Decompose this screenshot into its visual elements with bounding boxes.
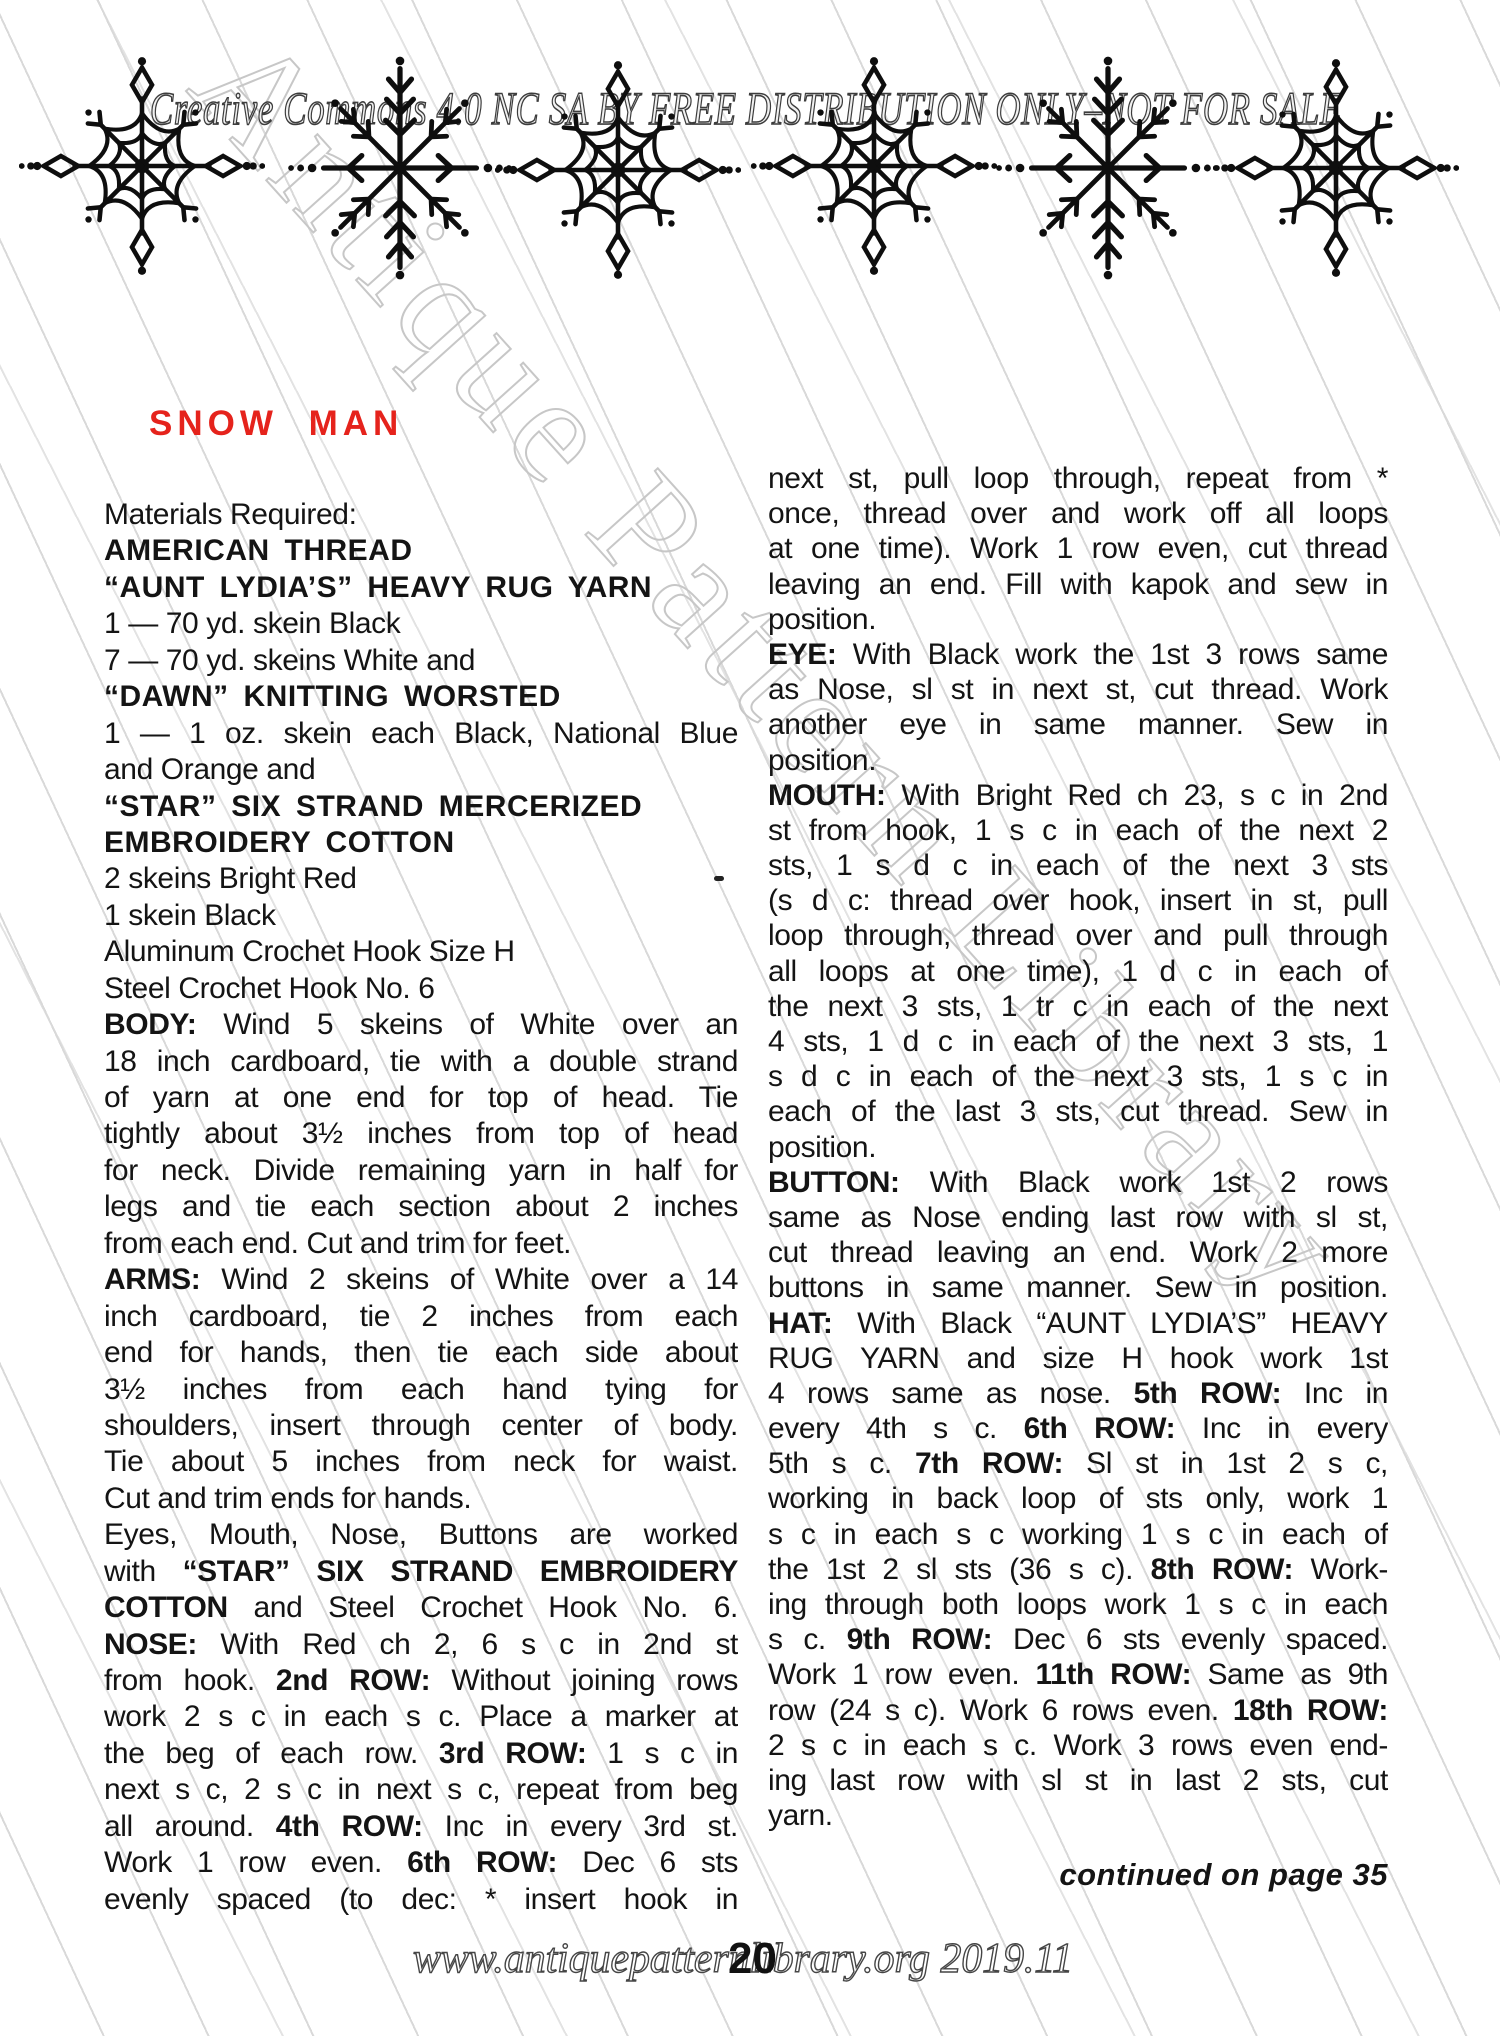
text-line: EMBROIDERY COTTON [104,825,738,861]
snowflake-web-icon [19,43,265,289]
text-line: Cut and trim ends for hands. [104,1481,738,1517]
text-line: next s c, 2 s c in next s c, repeat from… [104,1772,738,1808]
text-line: loop through, thread over and pull throu… [768,918,1388,953]
text-line: s d c in each of the next 3 sts, 1 s c i… [768,1059,1388,1094]
scanned-pattern-page: Antique Pattern Library Creative Commons… [0,0,1500,2036]
text-line: NOSE: With Red ch 2, 6 s c in 2nd st [104,1627,738,1663]
text-line: of yarn at one end for top of head. Tie [104,1080,738,1116]
text-line: once, thread over and work off all loops [768,496,1388,531]
text-line: Aluminum Crochet Hook Size H [104,934,738,970]
text-line: cut thread leaving an end. Work 2 more [768,1235,1388,1270]
text-line: (s d c: thread over hook, insert in st, … [768,883,1388,918]
print-artifact-dot [714,876,724,881]
text-line: 3½ inches from each hand tying for [104,1372,738,1408]
text-line: RUG YARN and size H hook work 1st [768,1341,1388,1376]
text-line: evenly spaced (to dec: * insert hook in [104,1882,738,1918]
text-line: work 2 s c in each s c. Place a marker a… [104,1699,738,1735]
text-line: “DAWN” KNITTING WORSTED [104,679,738,715]
text-line: the 1st 2 sl sts (36 s c). 8th ROW: Work… [768,1552,1388,1587]
snowflake-web-icon [495,47,741,293]
text-line: 2 s c in each s c. Work 3 rows even end- [768,1728,1388,1763]
text-line: buttons in same manner. Sew in position. [768,1270,1388,1305]
text-line: working in back loop of sts only, work 1 [768,1481,1388,1516]
text-line: st from hook, 1 s c in each of the next … [768,813,1388,848]
text-line: leaving an end. Fill with kapok and sew … [768,567,1388,602]
snowflake-web-icon [751,43,997,289]
text-line: MOUTH: With Bright Red ch 23, s c in 2nd [768,778,1388,813]
text-line: every 4th s c. 6th ROW: Inc in every [768,1411,1388,1446]
text-line: shoulders, insert through center of body… [104,1408,738,1444]
text-line: each of the last 3 sts, cut thread. Sew … [768,1094,1388,1129]
text-line: all loops at one time), 1 d c in each of [768,954,1388,989]
text-line: Materials Required: [104,497,738,533]
text-line: the next 3 sts, 1 tr c in each of the ne… [768,989,1388,1024]
right-text-column: next st, pull loop through, repeat from … [768,461,1388,1833]
text-line: tightly about 3½ inches from top of head [104,1116,738,1152]
text-line: AMERICAN THREAD [104,533,738,569]
text-line: HAT: With Black “AUNT LYDIA’S” HEAVY [768,1306,1388,1341]
text-line: BUTTON: With Black work 1st 2 rows [768,1165,1388,1200]
page-number: 20 [728,1934,777,1984]
text-line: BODY: Wind 5 skeins of White over an [104,1007,738,1043]
text-line: next st, pull loop through, repeat from … [768,461,1388,496]
text-line: ing last row with sl st in last 2 sts, c… [768,1763,1388,1798]
text-line: from hook. 2nd ROW: Without joining rows [104,1663,738,1699]
snowflake-web-icon [1213,45,1459,291]
text-line: legs and tie each section about 2 inches [104,1189,738,1225]
text-line: row (24 s c). Work 6 rows even. 18th ROW… [768,1693,1388,1728]
text-line: sts, 1 s d c in each of the next 3 sts [768,848,1388,883]
text-line: s c. 9th ROW: Dec 6 sts evenly spaced. [768,1622,1388,1657]
text-line: Work 1 row even. 11th ROW: Same as 9th [768,1657,1388,1692]
text-line: Tie about 5 inches from neck for waist. [104,1444,738,1480]
text-line: 4 sts, 1 d c in each of the next 3 sts, … [768,1024,1388,1059]
text-line: with “STAR” SIX STRAND EMBROIDERY [104,1554,738,1590]
text-line: Steel Crochet Hook No. 6 [104,971,738,1007]
text-line: EYE: With Black work the 1st 3 rows same [768,637,1388,672]
text-line: s c in each s c working 1 s c in each of [768,1517,1388,1552]
text-line: 5th s c. 7th ROW: Sl st in 1st 2 s c, [768,1446,1388,1481]
text-line: from each end. Cut and trim for feet. [104,1226,738,1262]
snowflake-fern-icon [271,39,529,297]
text-line: “AUNT LYDIA’S” HEAVY RUG YARN [104,570,738,606]
snowflake-fern-icon [979,39,1237,297]
text-line: 18 inch cardboard, tie with a double str… [104,1044,738,1080]
text-line: all around. 4th ROW: Inc in every 3rd st… [104,1809,738,1845]
text-line: Work 1 row even. 6th ROW: Dec 6 sts [104,1845,738,1881]
text-line: “STAR” SIX STRAND MERCERIZED [104,789,738,825]
text-line: COTTON and Steel Crochet Hook No. 6. [104,1590,738,1626]
text-line: 1 — 70 yd. skein Black [104,606,738,642]
text-line: position. [768,743,1388,778]
text-line: position. [768,1130,1388,1165]
text-line: ARMS: Wind 2 skeins of White over a 14 [104,1262,738,1298]
text-line: 4 rows same as nose. 5th ROW: Inc in [768,1376,1388,1411]
text-line: at one time). Work 1 row even, cut threa… [768,531,1388,566]
text-line: end for hands, then tie each side about [104,1335,738,1371]
page-title: SNOW MAN [149,404,403,444]
left-text-column: Materials Required:AMERICAN THREAD“AUNT … [104,497,738,1918]
text-line: inch cardboard, tie 2 inches from each [104,1299,738,1335]
text-line: 1 skein Black [104,898,738,934]
text-line: as Nose, sl st in next st, cut thread. W… [768,672,1388,707]
text-line: yarn. [768,1798,1388,1833]
text-line: for neck. Divide remaining yarn in half … [104,1153,738,1189]
text-line: ing through both loops work 1 s c in eac… [768,1587,1388,1622]
text-line: 2 skeins Bright Red [104,861,738,897]
text-line: and Orange and [104,752,738,788]
text-line: 1 — 1 oz. skein each Black, National Blu… [104,716,738,752]
text-line: same as Nose ending last row with sl st, [768,1200,1388,1235]
text-line: Eyes, Mouth, Nose, Buttons are worked [104,1517,738,1553]
text-line: another eye in same manner. Sew in [768,707,1388,742]
text-line: 7 — 70 yd. skeins White and [104,643,738,679]
continued-note: continued on page 35 [1000,1857,1388,1893]
text-line: position. [768,602,1388,637]
text-line: the beg of each row. 3rd ROW: 1 s c in [104,1736,738,1772]
